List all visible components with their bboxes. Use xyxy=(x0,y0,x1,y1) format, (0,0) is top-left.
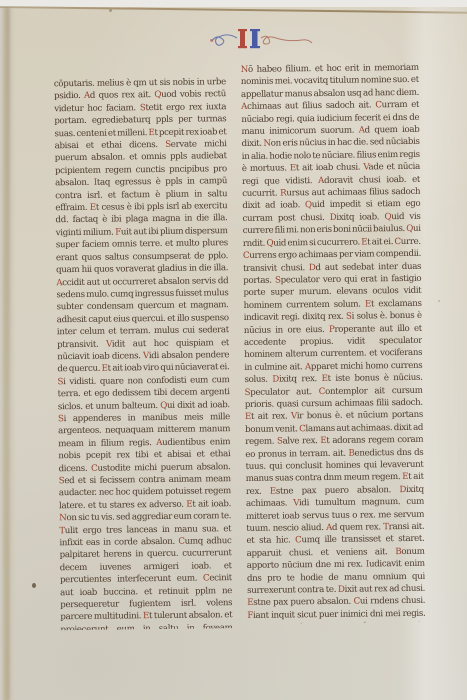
manuscript-photo: I I cōputaris. melius è qm ut sis nobis … xyxy=(0,0,467,700)
text-column-left: cōputaris. melius è qm ut sis nobis in u… xyxy=(54,76,233,630)
ink-speck xyxy=(109,9,112,12)
red-speck xyxy=(210,39,213,42)
stain-speck xyxy=(438,300,440,302)
text-column-right: Nō habeo filium. et hoc erit in memoriam… xyxy=(241,62,426,624)
ink-speck xyxy=(32,583,36,588)
text-block: cōputaris. melius è qm ut sis nobis in u… xyxy=(0,0,467,700)
